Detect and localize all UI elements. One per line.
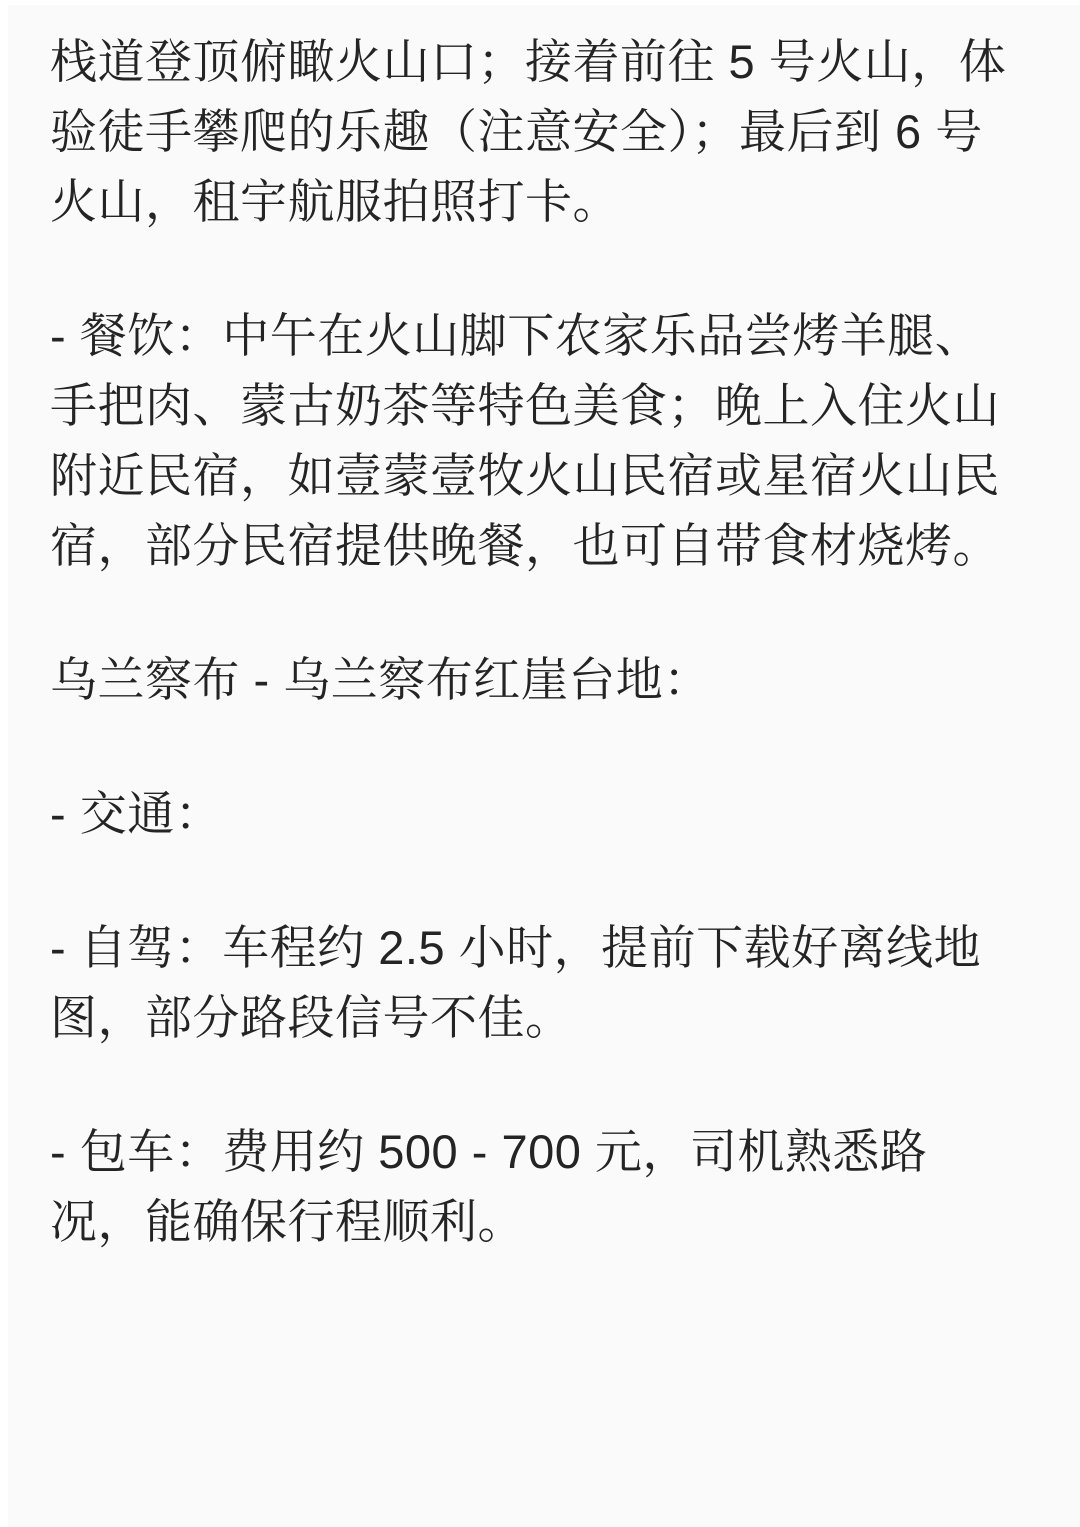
text-line: - 餐饮：中午在火山脚下农家乐品尝烤羊腿、 <box>50 301 1038 371</box>
paragraph-dining: - 餐饮：中午在火山脚下农家乐品尝烤羊腿、 手把肉、蒙古奶茶等特色美食；晚上入住… <box>50 301 1038 581</box>
text-line: - 包车：费用约 500 - 700 元，司机熟悉路 <box>50 1117 1038 1187</box>
label-transportation: - 交通： <box>50 779 1038 849</box>
document-page: 栈道登顶俯瞰火山口；接着前往 5 号火山，体 验徒手攀爬的乐趣（注意安全）；最后… <box>8 5 1080 1257</box>
text-line: 宿，部分民宿提供晚餐，也可自带食材烧烤。 <box>50 511 1038 581</box>
text-line: 况，能确保行程顺利。 <box>50 1187 1038 1257</box>
text-line: - 自驾：车程约 2.5 小时，提前下载好离线地 <box>50 913 1038 983</box>
text-line: 乌兰察布 - 乌兰察布红崖台地： <box>50 645 1038 715</box>
text-line: 图，部分路段信号不佳。 <box>50 983 1038 1053</box>
text-line: 手把肉、蒙古奶茶等特色美食；晚上入住火山 <box>50 371 1038 441</box>
text-line: 火山，租宇航服拍照打卡。 <box>50 167 1038 237</box>
paragraph-charter-car: - 包车：费用约 500 - 700 元，司机熟悉路 况，能确保行程顺利。 <box>50 1117 1038 1257</box>
heading-ulanqab-red-cliff: 乌兰察布 - 乌兰察布红崖台地： <box>50 645 1038 715</box>
paragraph-self-drive: - 自驾：车程约 2.5 小时，提前下载好离线地 图，部分路段信号不佳。 <box>50 913 1038 1053</box>
text-line: - 交通： <box>50 779 1038 849</box>
document-screen: 栈道登顶俯瞰火山口；接着前往 5 号火山，体 验徒手攀爬的乐趣（注意安全）；最后… <box>0 0 1080 1527</box>
paragraph-volcano-itinerary: 栈道登顶俯瞰火山口；接着前往 5 号火山，体 验徒手攀爬的乐趣（注意安全）；最后… <box>50 27 1038 237</box>
text-line: 栈道登顶俯瞰火山口；接着前往 5 号火山，体 <box>50 27 1038 97</box>
text-line: 验徒手攀爬的乐趣（注意安全）；最后到 6 号 <box>50 97 1038 167</box>
text-line: 附近民宿，如壹蒙壹牧火山民宿或星宿火山民 <box>50 441 1038 511</box>
